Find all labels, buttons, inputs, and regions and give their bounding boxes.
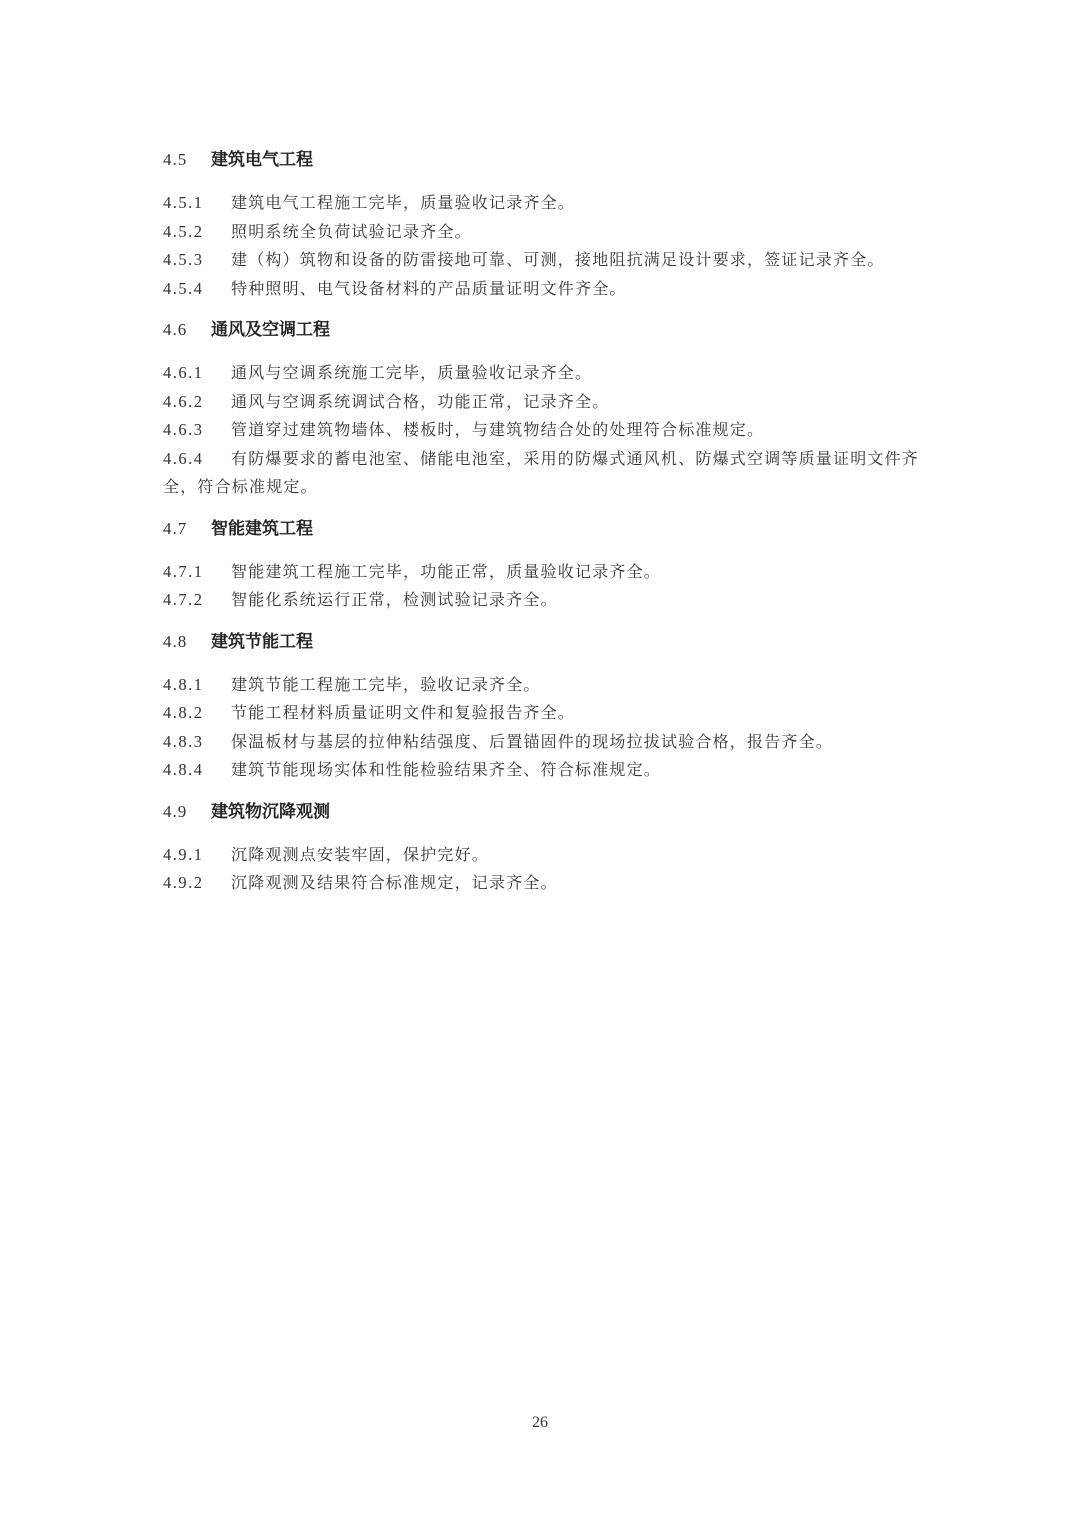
clause-text: 节能工程材料质量证明文件和复验报告齐全。: [231, 703, 575, 722]
clause-number: 4.6.4: [163, 445, 231, 474]
section-heading: 4.9 建筑物沉降观测: [163, 797, 923, 825]
clause: 4.8.1建筑节能工程施工完毕，验收记录齐全。: [163, 671, 923, 700]
section-number: 4.9: [163, 802, 211, 822]
clause: 4.5.4特种照明、电气设备材料的产品质量证明文件齐全。: [163, 275, 923, 304]
document-page: 4.5 建筑电气工程 4.5.1建筑电气工程施工完毕，质量验收记录齐全。 4.5…: [0, 0, 1080, 1527]
clause: 4.9.2沉降观测及结果符合标准规定，记录齐全。: [163, 869, 923, 898]
clause-text: 通风与空调系统调试合格，功能正常，记录齐全。: [231, 392, 609, 411]
clause: 4.8.2节能工程材料质量证明文件和复验报告齐全。: [163, 699, 923, 728]
section-heading: 4.5 建筑电气工程: [163, 145, 923, 173]
clause: 4.6.2通风与空调系统调试合格，功能正常，记录齐全。: [163, 388, 923, 417]
section-heading: 4.6 通风及空调工程: [163, 315, 923, 343]
section-4-5: 4.5 建筑电气工程 4.5.1建筑电气工程施工完毕，质量验收记录齐全。 4.5…: [163, 145, 923, 303]
clause-text: 建（构）筑物和设备的防雷接地可靠、可测，接地阻抗满足设计要求，签证记录齐全。: [231, 250, 885, 269]
clause-number: 4.5.3: [163, 246, 231, 275]
clause-number: 4.5.4: [163, 275, 231, 304]
clause-text: 沉降观测点安装牢固，保护完好。: [231, 845, 489, 864]
section-title: 建筑电气工程: [211, 145, 313, 170]
clause-text: 特种照明、电气设备材料的产品质量证明文件齐全。: [231, 279, 627, 298]
clause: 4.7.2智能化系统运行正常，检测试验记录齐全。: [163, 586, 923, 615]
clause-number: 4.6.1: [163, 359, 231, 388]
clause-number: 4.8.1: [163, 671, 231, 700]
section-title: 建筑物沉降观测: [211, 797, 330, 822]
page-number: 26: [0, 1414, 1080, 1432]
clause: 4.8.4建筑节能现场实体和性能检验结果齐全、符合标准规定。: [163, 756, 923, 785]
section-number: 4.7: [163, 519, 211, 539]
section-title: 智能建筑工程: [211, 514, 313, 539]
clause: 4.6.1通风与空调系统施工完毕，质量验收记录齐全。: [163, 359, 923, 388]
clause-number: 4.6.2: [163, 388, 231, 417]
clause: 4.9.1沉降观测点安装牢固，保护完好。: [163, 841, 923, 870]
clause: 4.5.3建（构）筑物和设备的防雷接地可靠、可测，接地阻抗满足设计要求，签证记录…: [163, 246, 923, 275]
clause: 4.6.3管道穿过建筑物墙体、楼板时，与建筑物结合处的处理符合标准规定。: [163, 416, 923, 445]
clause-number: 4.5.1: [163, 189, 231, 218]
clause-number: 4.5.2: [163, 218, 231, 247]
clause-number: 4.8.4: [163, 756, 231, 785]
clause-text: 有防爆要求的蓄电池室、储能电池室，采用的防爆式通风机、防爆式空调等质量证明文件齐…: [163, 449, 919, 497]
clause: 4.7.1智能建筑工程施工完毕，功能正常，质量验收记录齐全。: [163, 558, 923, 587]
clause-text: 建筑节能工程施工完毕，验收记录齐全。: [231, 675, 541, 694]
section-number: 4.5: [163, 150, 211, 170]
document-body: 4.5 建筑电气工程 4.5.1建筑电气工程施工完毕，质量验收记录齐全。 4.5…: [163, 145, 923, 898]
clause-text: 管道穿过建筑物墙体、楼板时，与建筑物结合处的处理符合标准规定。: [231, 420, 764, 439]
section-heading: 4.8 建筑节能工程: [163, 627, 923, 655]
clause-text: 建筑节能现场实体和性能检验结果齐全、符合标准规定。: [231, 760, 661, 779]
clause: 4.8.3保温板材与基层的拉伸粘结强度、后置锚固件的现场拉拔试验合格，报告齐全。: [163, 728, 923, 757]
clause-text: 保温板材与基层的拉伸粘结强度、后置锚固件的现场拉拔试验合格，报告齐全。: [231, 732, 833, 751]
section-4-6: 4.6 通风及空调工程 4.6.1通风与空调系统施工完毕，质量验收记录齐全。 4…: [163, 315, 923, 502]
clause-number: 4.6.3: [163, 416, 231, 445]
clause: 4.5.1建筑电气工程施工完毕，质量验收记录齐全。: [163, 189, 923, 218]
clause-number: 4.9.1: [163, 841, 231, 870]
clause-number: 4.9.2: [163, 869, 231, 898]
section-heading: 4.7 智能建筑工程: [163, 514, 923, 542]
section-number: 4.8: [163, 632, 211, 652]
clause-number: 4.7.2: [163, 586, 231, 615]
clause: 4.5.2照明系统全负荷试验记录齐全。: [163, 218, 923, 247]
section-4-7: 4.7 智能建筑工程 4.7.1智能建筑工程施工完毕，功能正常，质量验收记录齐全…: [163, 514, 923, 615]
section-4-9: 4.9 建筑物沉降观测 4.9.1沉降观测点安装牢固，保护完好。 4.9.2沉降…: [163, 797, 923, 898]
clause-text: 通风与空调系统施工完毕，质量验收记录齐全。: [231, 363, 592, 382]
section-number: 4.6: [163, 320, 211, 340]
clause-text: 沉降观测及结果符合标准规定，记录齐全。: [231, 873, 558, 892]
section-4-8: 4.8 建筑节能工程 4.8.1建筑节能工程施工完毕，验收记录齐全。 4.8.2…: [163, 627, 923, 785]
clause-number: 4.8.3: [163, 728, 231, 757]
clause-text: 建筑电气工程施工完毕，质量验收记录齐全。: [231, 193, 575, 212]
clause-number: 4.8.2: [163, 699, 231, 728]
clause: 4.6.4有防爆要求的蓄电池室、储能电池室，采用的防爆式通风机、防爆式空调等质量…: [163, 445, 923, 502]
section-title: 建筑节能工程: [211, 627, 313, 652]
clause-text: 智能化系统运行正常，检测试验记录齐全。: [231, 590, 558, 609]
clause-text: 智能建筑工程施工完毕，功能正常，质量验收记录齐全。: [231, 562, 661, 581]
clause-text: 照明系统全负荷试验记录齐全。: [231, 222, 472, 241]
section-title: 通风及空调工程: [211, 315, 330, 340]
clause-number: 4.7.1: [163, 558, 231, 587]
